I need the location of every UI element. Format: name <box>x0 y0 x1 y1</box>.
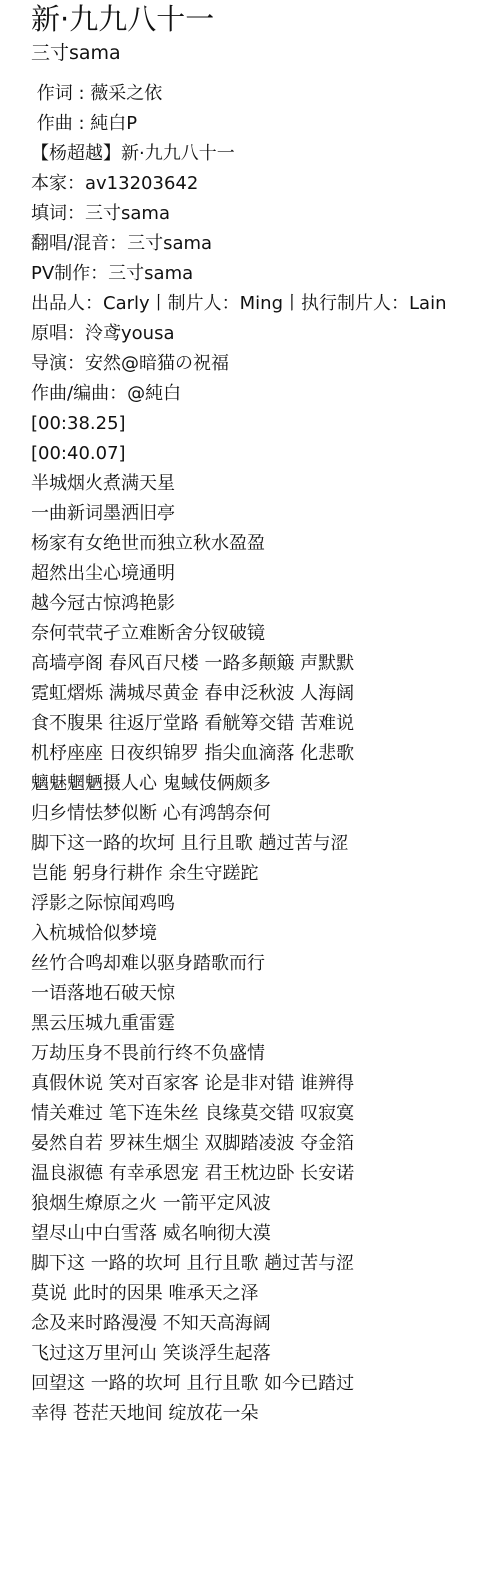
lyric-line: 万劫压身不畏前行终不负盛情 <box>31 1039 446 1069</box>
lyric-line: 原唱：泠鸢yousa <box>31 319 446 349</box>
lyric-line: 一语落地石破天惊 <box>31 979 446 1009</box>
song-title: 新·九九八十一 <box>31 1 214 37</box>
lyric-line: 奈何茕茕孑立难断舍分钗破镜 <box>31 619 446 649</box>
lyric-line: PV制作：三寸sama <box>31 259 446 289</box>
lyric-line: [00:38.25] <box>31 409 446 439</box>
lyric-line: 黑云压城九重雷霆 <box>31 1009 446 1039</box>
lyric-line: 导演：安然@暗猫の祝福 <box>31 349 446 379</box>
lyric-line: 本家：av13203642 <box>31 169 446 199</box>
lyric-line: 霓虹熠烁 满城尽黄金 春申泛秋波 人海阔 <box>31 679 446 709</box>
lyric-line: 一曲新词墨洒旧亭 <box>31 499 446 529</box>
lyric-line: 杨家有女绝世而独立秋水盈盈 <box>31 529 446 559</box>
lyric-line: [00:40.07] <box>31 439 446 469</box>
lyric-line: 归乡情怯梦似断 心有鸿鹄奈何 <box>31 799 446 829</box>
lyric-line: 脚下这 一路的坎坷 且行且歌 趟过苦与涩 <box>31 1249 446 1279</box>
lyric-line: 作曲/编曲：@純白 <box>31 379 446 409</box>
lyric-line: 超然出尘心境通明 <box>31 559 446 589</box>
lyric-line: 食不腹果 往返厅堂路 看觥筹交错 苦难说 <box>31 709 446 739</box>
lyric-line: 机杼座座 日夜织锦罗 指尖血滴落 化悲歌 <box>31 739 446 769</box>
lyric-line: 回望这 一路的坎坷 且行且歌 如今已踏过 <box>31 1369 446 1399</box>
lyric-line: 脚下这一路的坎坷 且行且歌 趟过苦与涩 <box>31 829 446 859</box>
lyric-line: 真假休说 笑对百家客 论是非对错 谁辨得 <box>31 1069 446 1099</box>
lyric-line: 岂能 躬身行耕作 余生守蹉跎 <box>31 859 446 889</box>
lyric-line: 飞过这万里河山 笑谈浮生起落 <box>31 1339 446 1369</box>
lyric-line: 翻唱/混音：三寸sama <box>31 229 446 259</box>
lyric-line: 高墙亭阁 春风百尺楼 一路多颠簸 声默默 <box>31 649 446 679</box>
lyric-line: 丝竹合鸣却难以驱身踏歌而行 <box>31 949 446 979</box>
lyric-line: 情关难过 笔下连朱丝 良缘莫交错 叹寂寞 <box>31 1099 446 1129</box>
lyric-line: 浮影之际惊闻鸡鸣 <box>31 889 446 919</box>
lyric-line: 望尽山中白雪落 威名响彻大漠 <box>31 1219 446 1249</box>
lyric-line: 出品人：Carly丨制片人：Ming丨执行制片人：Lain <box>31 289 446 319</box>
lyric-line: 半城烟火煮满天星 <box>31 469 446 499</box>
lyric-line: 幸得 苍茫天地间 绽放花一朵 <box>31 1399 446 1429</box>
lyric-line: 入杭城恰似梦境 <box>31 919 446 949</box>
lyrics-list: 作词 : 薇采之依 作曲 : 純白P【杨超越】新·九九八十一本家：av13203… <box>31 79 446 1429</box>
lyric-line: 魑魅魍魉摄人心 鬼蜮伎俩颇多 <box>31 769 446 799</box>
lyric-line: 填词：三寸sama <box>31 199 446 229</box>
lyric-line: 作曲 : 純白P <box>31 109 446 139</box>
lyric-line: 越今冠古惊鸿艳影 <box>31 589 446 619</box>
artist-name: 三寸sama <box>31 40 121 66</box>
lyric-line: 作词 : 薇采之依 <box>31 79 446 109</box>
lyric-line: 莫说 此时的因果 唯承天之泽 <box>31 1279 446 1309</box>
lyric-line: 念及来时路漫漫 不知天高海阔 <box>31 1309 446 1339</box>
lyric-line: 温良淑德 有幸承恩宠 君王枕边卧 长安诺 <box>31 1159 446 1189</box>
lyric-line: 【杨超越】新·九九八十一 <box>31 139 446 169</box>
lyric-line: 狼烟生燎原之火 一箭平定风波 <box>31 1189 446 1219</box>
lyric-line: 晏然自若 罗袜生烟尘 双脚踏凌波 夺金箔 <box>31 1129 446 1159</box>
